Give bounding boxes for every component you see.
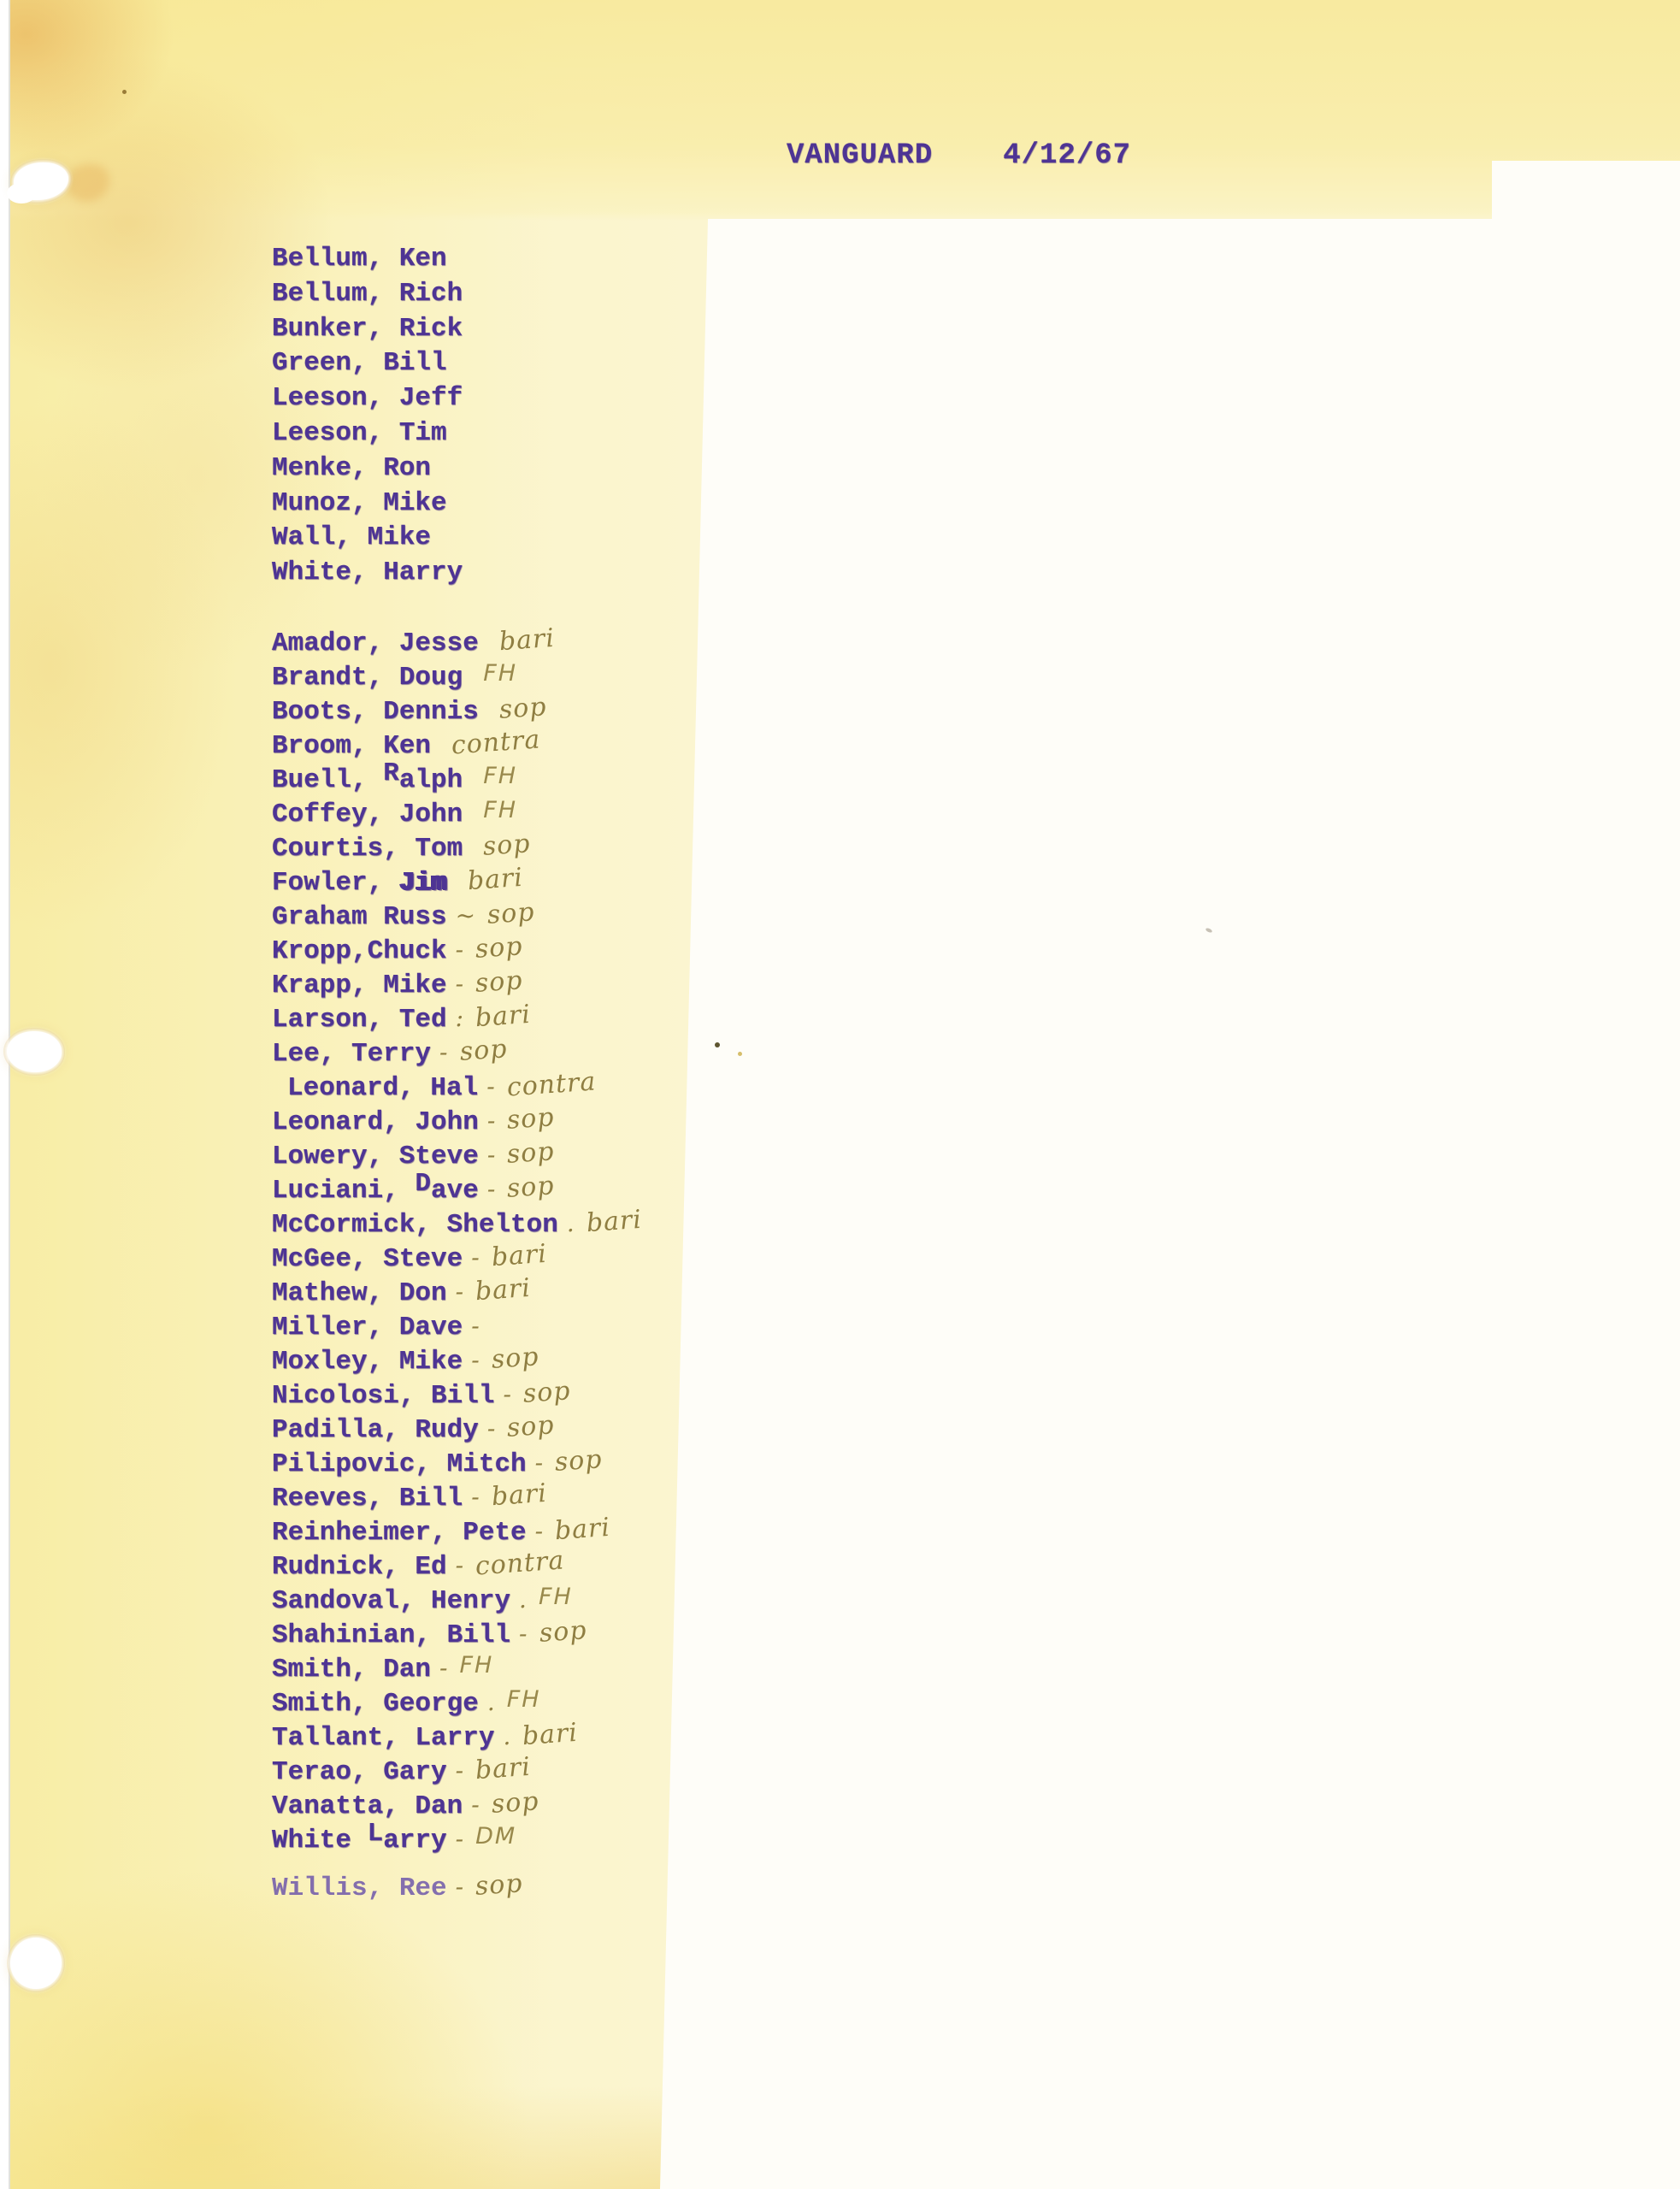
- member-name: Vanatta, Dan: [272, 1791, 463, 1821]
- separator-mark: -: [519, 1620, 527, 1648]
- separator-mark: -: [535, 1517, 543, 1545]
- voice-part-annotation: sop: [490, 1785, 539, 1822]
- roster-row: Menke, Ron: [272, 451, 463, 487]
- separator-mark: -: [471, 1312, 479, 1340]
- member-name: Bellum, Rich: [272, 279, 463, 309]
- roster-row: Smith, George.FH: [272, 1685, 642, 1720]
- roster-row: Moxley, Mike-sop: [272, 1343, 642, 1378]
- voice-part-annotation: sop: [506, 1169, 556, 1207]
- dust-speck: [715, 1042, 720, 1047]
- voice-part-annotation: sop: [506, 1408, 556, 1446]
- roster-row: Fowler, Jimbari: [272, 864, 642, 899]
- voice-part-annotation: sop: [482, 827, 532, 864]
- hole-punch-bottom: [10, 1938, 62, 1989]
- voice-part-annotation: sop: [458, 1032, 508, 1070]
- roster-row: Tallant, Larry.bari: [272, 1720, 642, 1754]
- member-name: Green, Bill: [272, 348, 447, 378]
- roster-row: Kropp,Chuck-sop: [272, 933, 642, 967]
- member-name: Krapp, Mike: [272, 971, 447, 1000]
- voice-part-annotation: sop: [522, 1374, 571, 1412]
- separator-mark: -: [456, 1756, 463, 1785]
- roster-row: Bunker, Rick: [272, 312, 463, 347]
- member-name: Courtis, Tom: [272, 834, 463, 864]
- roster-row: Lowery, Steve-sop: [272, 1138, 642, 1172]
- voice-part-annotation: sop: [475, 964, 524, 1001]
- paper-stain: [67, 164, 109, 202]
- member-name: Smith, Dan: [272, 1655, 431, 1685]
- member-name: Kropp,Chuck: [272, 936, 447, 966]
- member-name: Boots, Dennis: [272, 697, 479, 727]
- roster-row: Broom, Kencontra: [272, 728, 642, 762]
- roster-plain-list: Bellum, Ken Bellum, Rich Bunker, Rick Gr…: [272, 242, 463, 591]
- member-name: Smith, George: [272, 1689, 479, 1719]
- member-name: Graham Russ: [272, 902, 447, 932]
- separator-mark: -: [456, 935, 463, 964]
- member-name: Terao, Gary: [272, 1757, 447, 1787]
- roster-row: Willis, Ree-sop: [272, 1870, 642, 1904]
- member-name: McGee, Steve: [272, 1244, 463, 1274]
- voice-part-annotation: FH: [539, 1580, 573, 1614]
- member-name: Fowler, Jim: [272, 868, 447, 898]
- voice-part-annotation: FH: [483, 657, 517, 691]
- member-name: Miller, Dave: [272, 1313, 463, 1342]
- member-name: Reinheimer, Pete: [272, 1518, 527, 1548]
- member-name: Buell, Ralph: [272, 758, 463, 795]
- separator-mark: -: [503, 1380, 510, 1408]
- separator-mark: .: [487, 1688, 495, 1716]
- roster-row: Mathew, Don-bari: [272, 1275, 642, 1309]
- roster-row: Brandt, DougFH: [272, 659, 642, 693]
- separator-mark: -: [439, 1654, 447, 1682]
- member-name: Luciani, Dave: [272, 1169, 479, 1206]
- roster-row: Reinheimer, Pete-bari: [272, 1514, 642, 1549]
- roster-row: Leeson, Jeff: [272, 381, 463, 416]
- separator-mark: :: [456, 1004, 463, 1032]
- separator-mark: .: [567, 1209, 575, 1237]
- roster-row: Leeson, Tim: [272, 416, 463, 451]
- roster-row: Courtis, Tomsop: [272, 830, 642, 864]
- voice-part-annotation: FH: [507, 1683, 541, 1717]
- member-name: Wall, Mike: [272, 522, 431, 552]
- voice-part-annotation: DM: [475, 1820, 516, 1854]
- member-name: White, Harry: [272, 558, 463, 587]
- member-name: Shahinian, Bill: [272, 1620, 510, 1650]
- roster-row: Boots, Dennissop: [272, 693, 642, 728]
- roster-annotated-list: Amador, Jessebari Brandt, DougFH Boots, …: [272, 625, 642, 1904]
- separator-mark: -: [486, 1072, 494, 1100]
- voice-part-annotation: sop: [538, 1614, 587, 1651]
- member-name: Amador, Jesse: [272, 628, 479, 658]
- voice-part-annotation: bari: [475, 1750, 533, 1788]
- separator-mark: -: [471, 1346, 479, 1374]
- member-name: Rudnick, Ed: [272, 1552, 447, 1582]
- roster-row: Munoz, Mike: [272, 487, 463, 522]
- roster-row: Terao, Gary-bari: [272, 1754, 642, 1788]
- roster-row: White, Harry: [272, 556, 463, 591]
- voice-part-annotation: contra: [505, 1065, 597, 1105]
- member-name: Bellum, Ken: [272, 244, 447, 274]
- roster-row: Larson, Ted:bari: [272, 1001, 642, 1035]
- separator-mark: -: [456, 970, 463, 998]
- voice-part-annotation: bari: [498, 622, 556, 659]
- roster-row: Leonard, John-sop: [272, 1104, 642, 1138]
- voice-part-annotation: sop: [475, 929, 524, 967]
- roster-row: Pilipovic, Mitch-sop: [272, 1446, 642, 1480]
- voice-part-annotation: contra: [475, 1543, 566, 1584]
- hole-punch-middle: [7, 1031, 62, 1072]
- roster-row: Wall, Mike: [272, 521, 463, 556]
- member-name: Sandoval, Henry: [272, 1586, 510, 1616]
- voice-part-annotation: bari: [490, 1237, 548, 1275]
- document-title: VANGUARD: [787, 139, 933, 172]
- scan-bleached-area: [0, 0, 1680, 2189]
- voice-part-annotation: bari: [490, 1477, 548, 1514]
- member-name: Padilla, Rudy: [272, 1415, 479, 1445]
- document-header: VANGUARD4/12/67: [787, 139, 1131, 172]
- roster-row: Reeves, Bill-bari: [272, 1480, 642, 1514]
- member-name: Larson, Ted: [272, 1005, 447, 1035]
- roster-row: Amador, Jessebari: [272, 625, 642, 659]
- dust-speck: [738, 1052, 742, 1056]
- voice-part-annotation: bari: [475, 1272, 533, 1309]
- roster-row: White Larry-DM: [272, 1822, 642, 1856]
- voice-part-annotation: sop: [498, 690, 547, 728]
- separator-mark: -: [535, 1449, 543, 1477]
- roster-row: Krapp, Mike-sop: [272, 967, 642, 1001]
- roster-row: Graham Russ~sop: [272, 899, 642, 933]
- roster-row: Miller, Dave-: [272, 1309, 642, 1343]
- separator-mark: -: [471, 1791, 479, 1819]
- voice-part-annotation: sop: [486, 895, 536, 933]
- member-name: Leeson, Tim: [272, 418, 447, 448]
- member-name: McCormick, Shelton: [272, 1210, 558, 1240]
- member-name: Lee, Terry: [272, 1039, 431, 1069]
- roster-row: Rudnick, Ed-contra: [272, 1549, 642, 1583]
- voice-part-annotation: FH: [460, 1649, 494, 1683]
- member-name: White Larry: [272, 1819, 447, 1856]
- member-name: Mathew, Don: [272, 1278, 447, 1308]
- roster-row: Lee, Terry-sop: [272, 1035, 642, 1070]
- separator-mark: -: [456, 1277, 463, 1306]
- roster-row: Vanatta, Dan-sop: [272, 1788, 642, 1822]
- separator-mark: -: [439, 1038, 447, 1066]
- separator-mark: -: [471, 1243, 479, 1272]
- separator-mark: ~: [456, 901, 475, 929]
- roster-row: McCormick, Shelton.bari: [272, 1207, 642, 1241]
- voice-part-annotation: sop: [490, 1340, 539, 1378]
- member-name: Leonard, Hal: [287, 1073, 478, 1103]
- document-date: 4/12/67: [1003, 139, 1131, 172]
- member-name: Munoz, Mike: [272, 488, 447, 518]
- roster-row: Coffey, JohnFH: [272, 796, 642, 830]
- member-name: Reeves, Bill: [272, 1484, 463, 1513]
- member-name: Lowery, Steve: [272, 1142, 479, 1171]
- member-name: Brandt, Doug: [272, 663, 463, 693]
- separator-mark: -: [487, 1414, 495, 1443]
- voice-part-annotation: sop: [506, 1100, 556, 1138]
- member-name: Menke, Ron: [272, 453, 431, 483]
- member-name: Leonard, John: [272, 1107, 479, 1137]
- roster-row: Luciani, Dave-sop: [272, 1172, 642, 1207]
- voice-part-annotation: bari: [466, 861, 524, 899]
- roster-row: Leonard, Hal-contra: [272, 1070, 642, 1104]
- separator-mark: -: [487, 1141, 495, 1169]
- voice-part-annotation: sop: [475, 1867, 524, 1904]
- roster-row: Padilla, Rudy-sop: [272, 1412, 642, 1446]
- separator-mark: -: [471, 1483, 479, 1511]
- separator-mark: -: [487, 1106, 495, 1135]
- member-name: Bunker, Rick: [272, 314, 463, 344]
- scan-left-edge: [0, 0, 10, 2189]
- roster-row: Green, Bill: [272, 346, 463, 381]
- roster-row: McGee, Steve-bari: [272, 1241, 642, 1275]
- voice-part-annotation: contra: [451, 723, 542, 763]
- member-name: Nicolosi, Bill: [272, 1381, 494, 1411]
- separator-mark: -: [456, 1873, 463, 1901]
- member-name: Coffey, John: [272, 799, 463, 829]
- member-name: Pilipovic, Mitch: [272, 1449, 527, 1479]
- hole-punch-top-notch: [7, 183, 36, 204]
- separator-mark: -: [487, 1175, 495, 1203]
- separator-mark: .: [503, 1722, 510, 1750]
- roster-row: Nicolosi, Bill-sop: [272, 1378, 642, 1412]
- roster-row: Sandoval, Henry.FH: [272, 1583, 642, 1617]
- member-name: Broom, Ken: [272, 731, 431, 761]
- member-name: Tallant, Larry: [272, 1723, 494, 1753]
- voice-part-annotation: FH: [483, 794, 517, 828]
- roster-row: Shahinian, Bill-sop: [272, 1617, 642, 1651]
- voice-part-annotation: sop: [506, 1135, 556, 1172]
- member-name: Moxley, Mike: [272, 1347, 463, 1377]
- separator-mark: -: [456, 1825, 463, 1853]
- roster-row: Bellum, Rich: [272, 277, 463, 312]
- voice-part-annotation: sop: [554, 1443, 604, 1480]
- roster-row: Bellum, Ken: [272, 242, 463, 277]
- voice-part-annotation: bari: [522, 1716, 580, 1754]
- voice-part-annotation: bari: [475, 998, 533, 1035]
- dust-speck: [122, 90, 127, 94]
- member-name: Willis, Ree: [272, 1873, 447, 1903]
- voice-part-annotation: bari: [585, 1203, 643, 1241]
- separator-mark: .: [519, 1585, 527, 1614]
- roster-row: Buell, RalphFH: [272, 762, 642, 796]
- roster-row: Smith, Dan-FH: [272, 1651, 642, 1685]
- scanned-roster-page: VANGUARD4/12/67 Bellum, Ken Bellum, Rich…: [0, 0, 1680, 2189]
- separator-mark: -: [456, 1551, 463, 1579]
- voice-part-annotation: FH: [483, 759, 517, 794]
- member-name: Leeson, Jeff: [272, 383, 463, 413]
